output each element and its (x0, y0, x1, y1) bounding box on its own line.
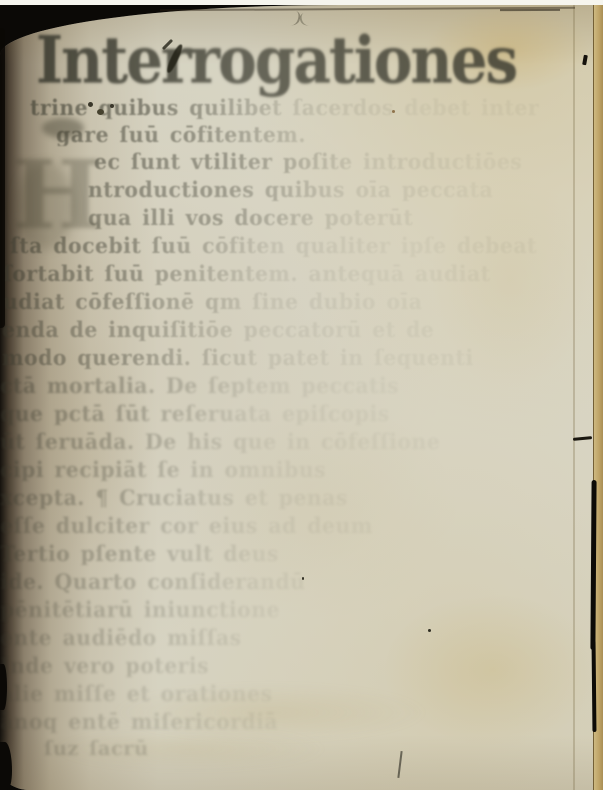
binding-nick-1 (0, 664, 7, 710)
ink-crumb-3 (110, 104, 114, 108)
ink-smudge (42, 118, 84, 138)
speck-a (428, 629, 431, 632)
crack-main (590, 480, 596, 650)
speck-b (302, 577, 304, 580)
scratch-mark (397, 751, 402, 778)
edge-tick (582, 55, 588, 66)
pen-squiggle-right (299, 12, 312, 27)
crack-lower (592, 640, 597, 732)
ink-blot-slash-tail (162, 39, 173, 50)
scan-border-top (0, 0, 603, 5)
ink-crumb-1 (88, 102, 93, 107)
binding-nick-upper (0, 28, 5, 328)
book-photograph: Interrogationes H trine quibus quilibet … (0, 0, 603, 790)
rust-speck (392, 110, 395, 113)
drop-cap-halo (16, 162, 74, 250)
defect-layer (0, 0, 603, 790)
ink-crumb-2 (97, 109, 104, 115)
page-top-edge-specks (500, 9, 560, 11)
ink-blot-slash (165, 43, 184, 74)
crack-dash (573, 436, 592, 441)
binding-nick-2 (0, 742, 12, 790)
